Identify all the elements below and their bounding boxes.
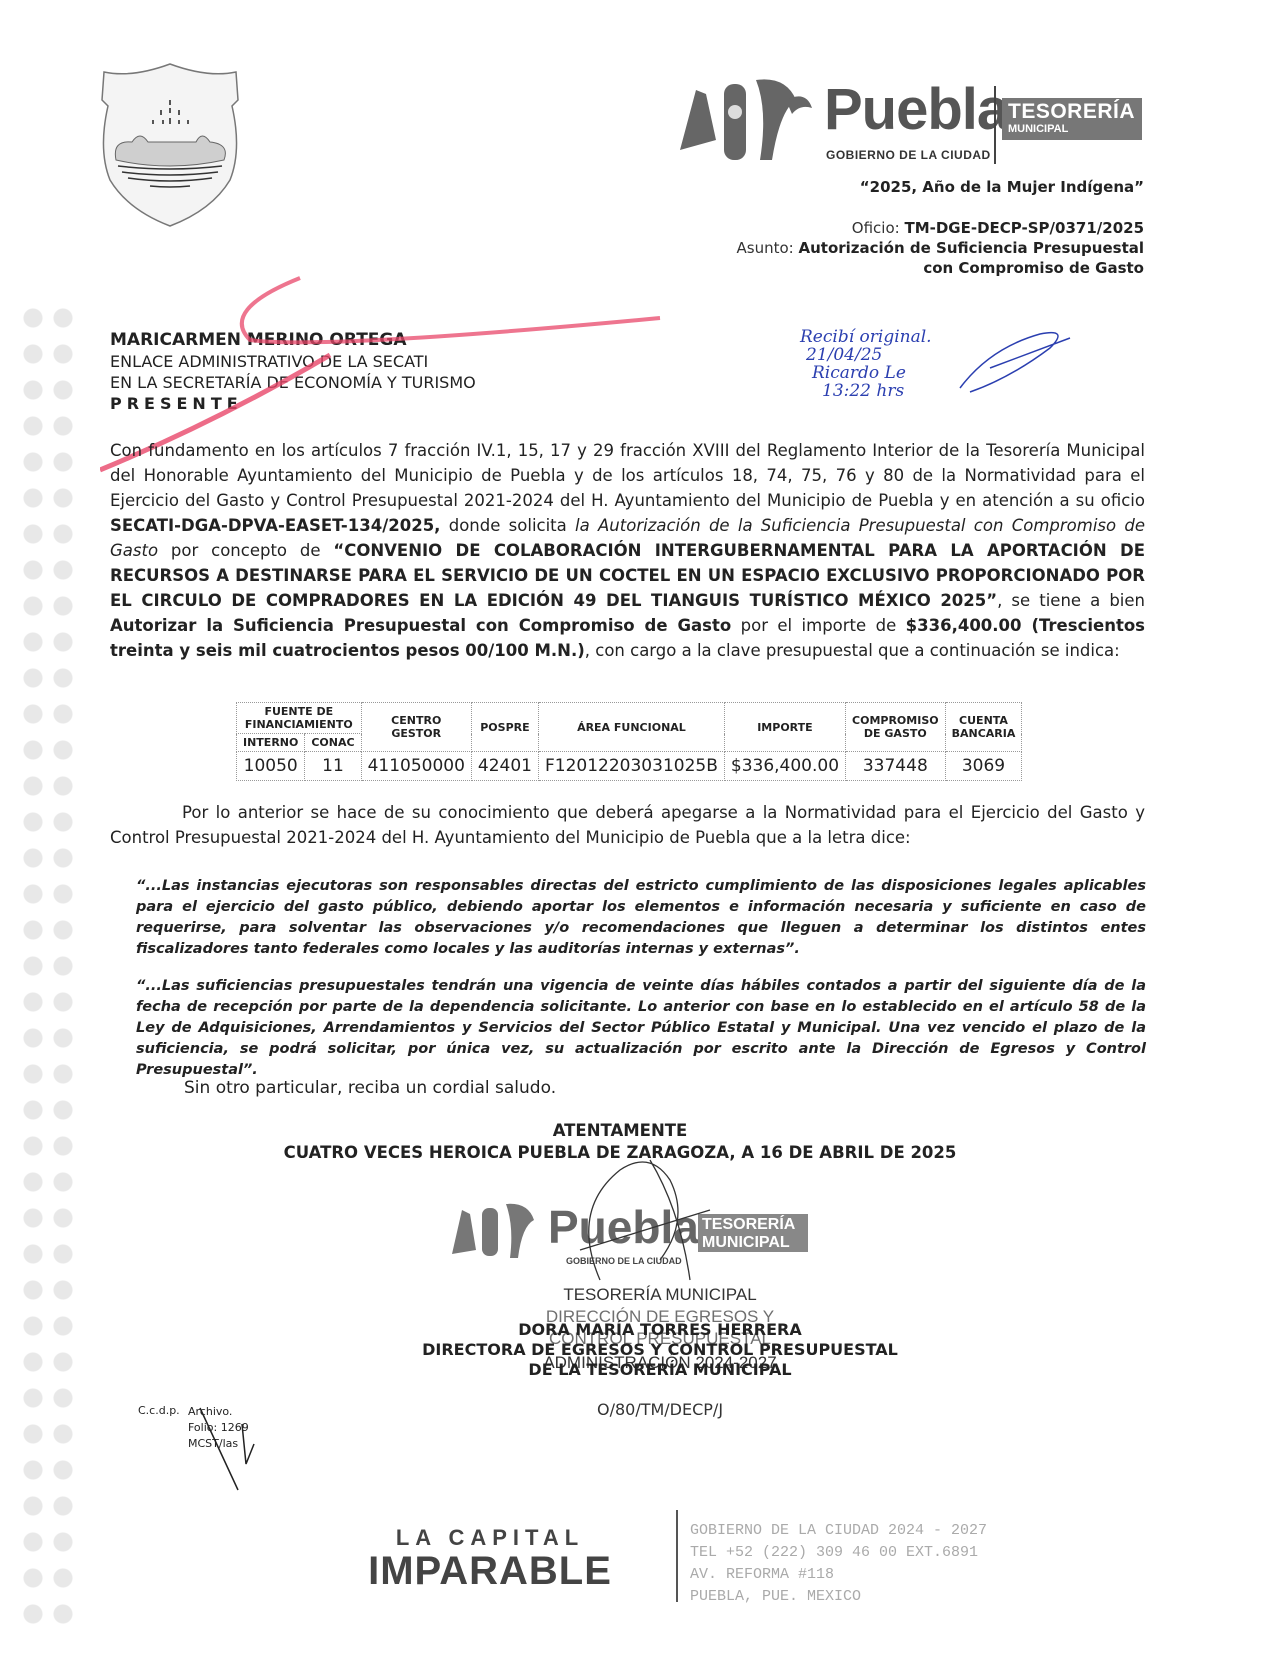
city-seal-icon (92, 60, 248, 230)
place-date: CUATRO VECES HEROICA PUEBLA DE ZARAGOZA,… (280, 1142, 960, 1164)
stamp-logo: Puebla GOBIERNO DE LA CIUDAD TESORERÍA M… (448, 1200, 818, 1270)
logo-subtitle: GOBIERNO DE LA CIUDAD (826, 148, 991, 162)
asunto-line2: con Compromiso de Gasto (923, 259, 1144, 277)
presente-label: PRESENTE (110, 393, 476, 414)
logo-brand: Puebla (824, 76, 1008, 143)
internal-reference: O/80/TM/DECP/J (400, 1400, 920, 1419)
cell-area-funcional: F12012203031025B (539, 752, 725, 781)
addressee-department: EN LA SECRETARÍA DE ECONOMÍA Y TURISMO (110, 372, 476, 393)
main-paragraph: Con fundamento en los artículos 7 fracci… (110, 438, 1145, 663)
header-importe: IMPORTE (724, 703, 845, 752)
tesoreria-badge: TESORERÍA MUNICIPAL (1002, 98, 1142, 140)
footer-phone: TEL +52 (222) 309 46 00 EXT.6891 (690, 1542, 987, 1564)
budget-key-table: FUENTE DE FINANCIAMIENTO CENTRO GESTOR P… (236, 702, 1022, 781)
cell-interno: 10050 (237, 752, 305, 781)
signature-header: ATENTAMENTE CUATRO VECES HEROICA PUEBLA … (280, 1120, 960, 1164)
footer-line: GOBIERNO DE LA CIUDAD 2024 - 2027 (690, 1520, 987, 1542)
cell-conac: 11 (305, 752, 361, 781)
addressee-position: ENLACE ADMINISTRATIVO DE LA SECATI (110, 351, 476, 372)
header-centro-gestor: CENTRO GESTOR (361, 703, 471, 752)
request-oficio-number: SECATI-DGA-DPVA-EASET-134/2025, (110, 516, 440, 535)
footer-address: AV. REFORMA #118 (690, 1564, 987, 1586)
header-pospre: POSPRE (471, 703, 538, 752)
header-cuenta: CUENTA BANCARIA (945, 703, 1022, 752)
capital-imparable-logo: LA CAPITAL IMPARABLE (350, 1525, 630, 1605)
logo-divider (994, 86, 996, 164)
decorative-border (18, 300, 78, 1640)
asunto-label: Asunto: (737, 239, 794, 257)
normativity-paragraph: Por lo anterior se hace de su conocimien… (110, 800, 1145, 850)
header-compromiso: COMPROMISO DE GASTO (846, 703, 946, 752)
footer-contact-info: GOBIERNO DE LA CIUDAD 2024 - 2027 TEL +5… (690, 1520, 987, 1608)
signer-title: DIRECTORA DE EGRESOS Y CONTROL PRESUPUES… (400, 1340, 920, 1360)
stamp-office: TESORERÍA MUNICIPAL (698, 1214, 808, 1252)
signer-title: DE LA TESORERÍA MUNICIPAL (400, 1360, 920, 1380)
p1-text: , se tiene a bien (997, 591, 1145, 610)
signature-scribble-icon (950, 328, 1080, 398)
atentamente-label: ATENTAMENTE (280, 1120, 960, 1142)
quote-validity: “...Las suficiencias presupuestales tend… (136, 976, 1146, 1081)
authorization-phrase: Autorizar la Suficiencia Presupuestal co… (110, 616, 731, 635)
signer-block: DORA MARÍA TORRES HERRERA DIRECTORA DE E… (400, 1320, 920, 1380)
city-landmarks-icon (448, 1200, 544, 1260)
slogan-line1: LA CAPITAL (350, 1525, 630, 1551)
cell-pospre: 42401 (471, 752, 538, 781)
oficio-number: TM-DGE-DECP-SP/0371/2025 (904, 219, 1144, 237)
p1-text: por concepto de (158, 541, 333, 560)
header-area-funcional: ÁREA FUNCIONAL (539, 703, 725, 752)
document-reference: Oficio: TM-DGE-DECP-SP/0371/2025 Asunto:… (737, 218, 1145, 278)
slogan-line2: IMPARABLE (350, 1551, 630, 1591)
city-landmarks-icon (676, 70, 816, 170)
addressee-name: MARICARMEN MERINO ORTEGA (110, 330, 476, 351)
oficio-label: Oficio: (852, 219, 900, 237)
header-interno: INTERNO (237, 734, 305, 752)
cc-label: C.c.d.p. (138, 1404, 180, 1417)
puebla-tesoreria-logo: Puebla GOBIERNO DE LA CIUDAD TESORERÍA M… (676, 70, 1146, 170)
closing-line: Sin otro particular, reciba un cordial s… (184, 1078, 556, 1098)
cell-centro-gestor: 411050000 (361, 752, 471, 781)
received-handwritten-note: Recibí original. 21/04/25 Ricardo Le 13:… (800, 328, 1070, 418)
stamp-subtitle: GOBIERNO DE LA CIUDAD (566, 1256, 682, 1266)
quote-responsibility: “...Las instancias ejecutoras son respon… (136, 876, 1146, 960)
year-motto: “2025, Año de la Mujer Indígena” (860, 178, 1144, 196)
cell-compromiso: 337448 (846, 752, 946, 781)
table-row: 10050 11 411050000 42401 F12012203031025… (237, 752, 1022, 781)
funding-source-header: FUENTE DE FINANCIAMIENTO (237, 703, 362, 734)
p1-text: donde solicita (440, 516, 575, 535)
stamp-line: TESORERÍA MUNICIPAL (400, 1284, 920, 1306)
cell-cuenta: 3069 (945, 752, 1022, 781)
cell-importe: $336,400.00 (724, 752, 845, 781)
header-conac: CONAC (305, 734, 361, 752)
p1-text: por el importe de (731, 616, 905, 635)
footer-divider (676, 1510, 678, 1602)
footer-city: PUEBLA, PUE. MEXICO (690, 1586, 987, 1608)
initials-scribble-icon (198, 1404, 258, 1494)
signer-name: DORA MARÍA TORRES HERRERA (400, 1320, 920, 1340)
municipal-label: MUNICIPAL (1008, 123, 1068, 135)
tesoreria-label: TESORERÍA (1008, 100, 1135, 124)
addressee-block: MARICARMEN MERINO ORTEGA ENLACE ADMINIST… (110, 330, 476, 414)
stamp-brand: Puebla (548, 1200, 699, 1254)
asunto-line1: Autorización de Suficiencia Presupuestal (798, 239, 1144, 257)
cc-details: Archivo. Folio: 1269 MCST/las (188, 1404, 249, 1452)
p1-text: Con fundamento en los artículos 7 fracci… (110, 441, 1145, 510)
p1-text: , con cargo a la clave presupuestal que … (585, 641, 1120, 660)
